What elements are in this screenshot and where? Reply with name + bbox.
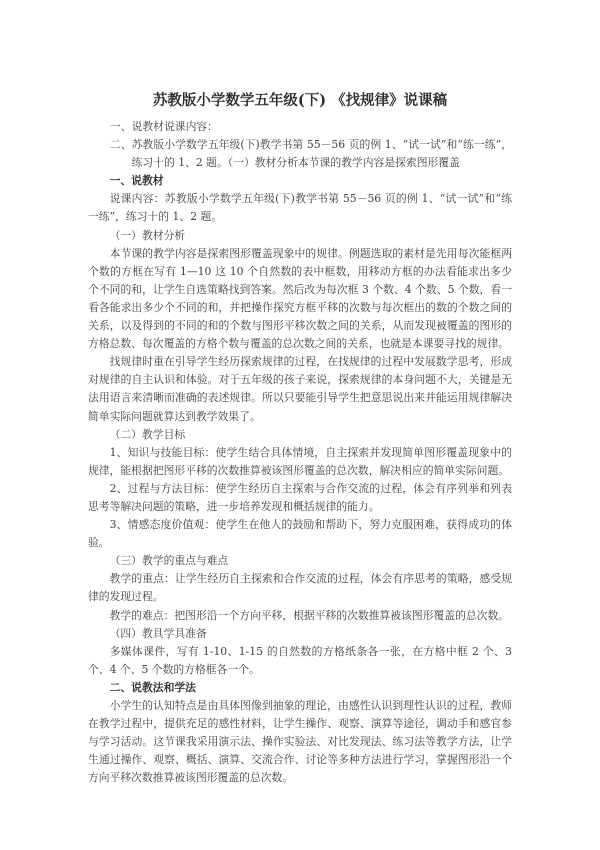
paragraph-subheading-teaching-aids: （四）教具学具准备 — [88, 625, 512, 643]
page-title: 苏教版小学数学五年级(下) 《找规律》说课稿 — [88, 90, 512, 111]
section-heading-teaching-methods: 二、说教法和学法 — [88, 679, 512, 697]
paragraph: 教学的难点：把图形沿一个方向平移，根据平移的次数推算被该图形覆盖的总次数。 — [88, 607, 512, 625]
paragraph: 小学生的认知特点是由具体图像到抽象的理论，由感性认识到理性认识的过程，教师在教学… — [88, 697, 512, 787]
section-heading-teaching-material: 一、说教材 — [88, 172, 512, 190]
paragraph: 1、知识与技能目标：使学生结合具体情境，自主探索并发现简单图形覆盖现象中的规律，… — [88, 444, 512, 480]
document-page: 苏教版小学数学五年级(下) 《找规律》说课稿 一、 说教材说课内容： 二、 苏教… — [0, 0, 600, 850]
outline-item-text: 苏教版小学数学五年级(下)教学书第 55－56 页的例 1、“试一试”和“练一练… — [132, 136, 512, 172]
paragraph: 教学的重点：让学生经历自主探索和合作交流的过程，体会有序思考的策略，感受规律的发… — [88, 570, 512, 606]
outline-item-2: 二、 苏教版小学数学五年级(下)教学书第 55－56 页的例 1、“试一试”和“… — [88, 136, 512, 172]
paragraph: 2、过程与方法目标：使学生经历自主探索与合作交流的过程，体会有序列举和列表思考等… — [88, 480, 512, 516]
outline-item-marker: 一、 — [110, 118, 132, 136]
paragraph: 3、情感态度价值观：使学生在他人的鼓励和帮助下，努力克服困难，获得成功的体验。 — [88, 516, 512, 552]
outline-item-1: 一、 说教材说课内容： — [88, 118, 512, 136]
paragraph: 说课内容：苏教版小学数学五年级(下)教学书第 55－56 页的例 1、“试一试”… — [88, 190, 512, 226]
paragraph-subheading-key-points: （三）教学的重点与难点 — [88, 552, 512, 570]
outline-item-marker: 二、 — [110, 136, 132, 172]
paragraph-subheading-material-analysis: （一）教材分析 — [88, 227, 512, 245]
paragraph-subheading-teaching-goals: （二）教学目标 — [88, 426, 512, 444]
paragraph: 本节课的教学内容是探索图形覆盖现象中的规律。例题选取的素材是先用每次能框两个数的… — [88, 245, 512, 354]
paragraph: 找规律时重在引导学生经历探索规律的过程，在找规律的过程中发展数学思考，形成对规律… — [88, 353, 512, 425]
paragraph: 多媒体课件，写有 1-10、1-15 的自然数的方格纸条各一张，在方格中框 2 … — [88, 643, 512, 679]
outline-item-text: 说教材说课内容： — [132, 118, 512, 136]
